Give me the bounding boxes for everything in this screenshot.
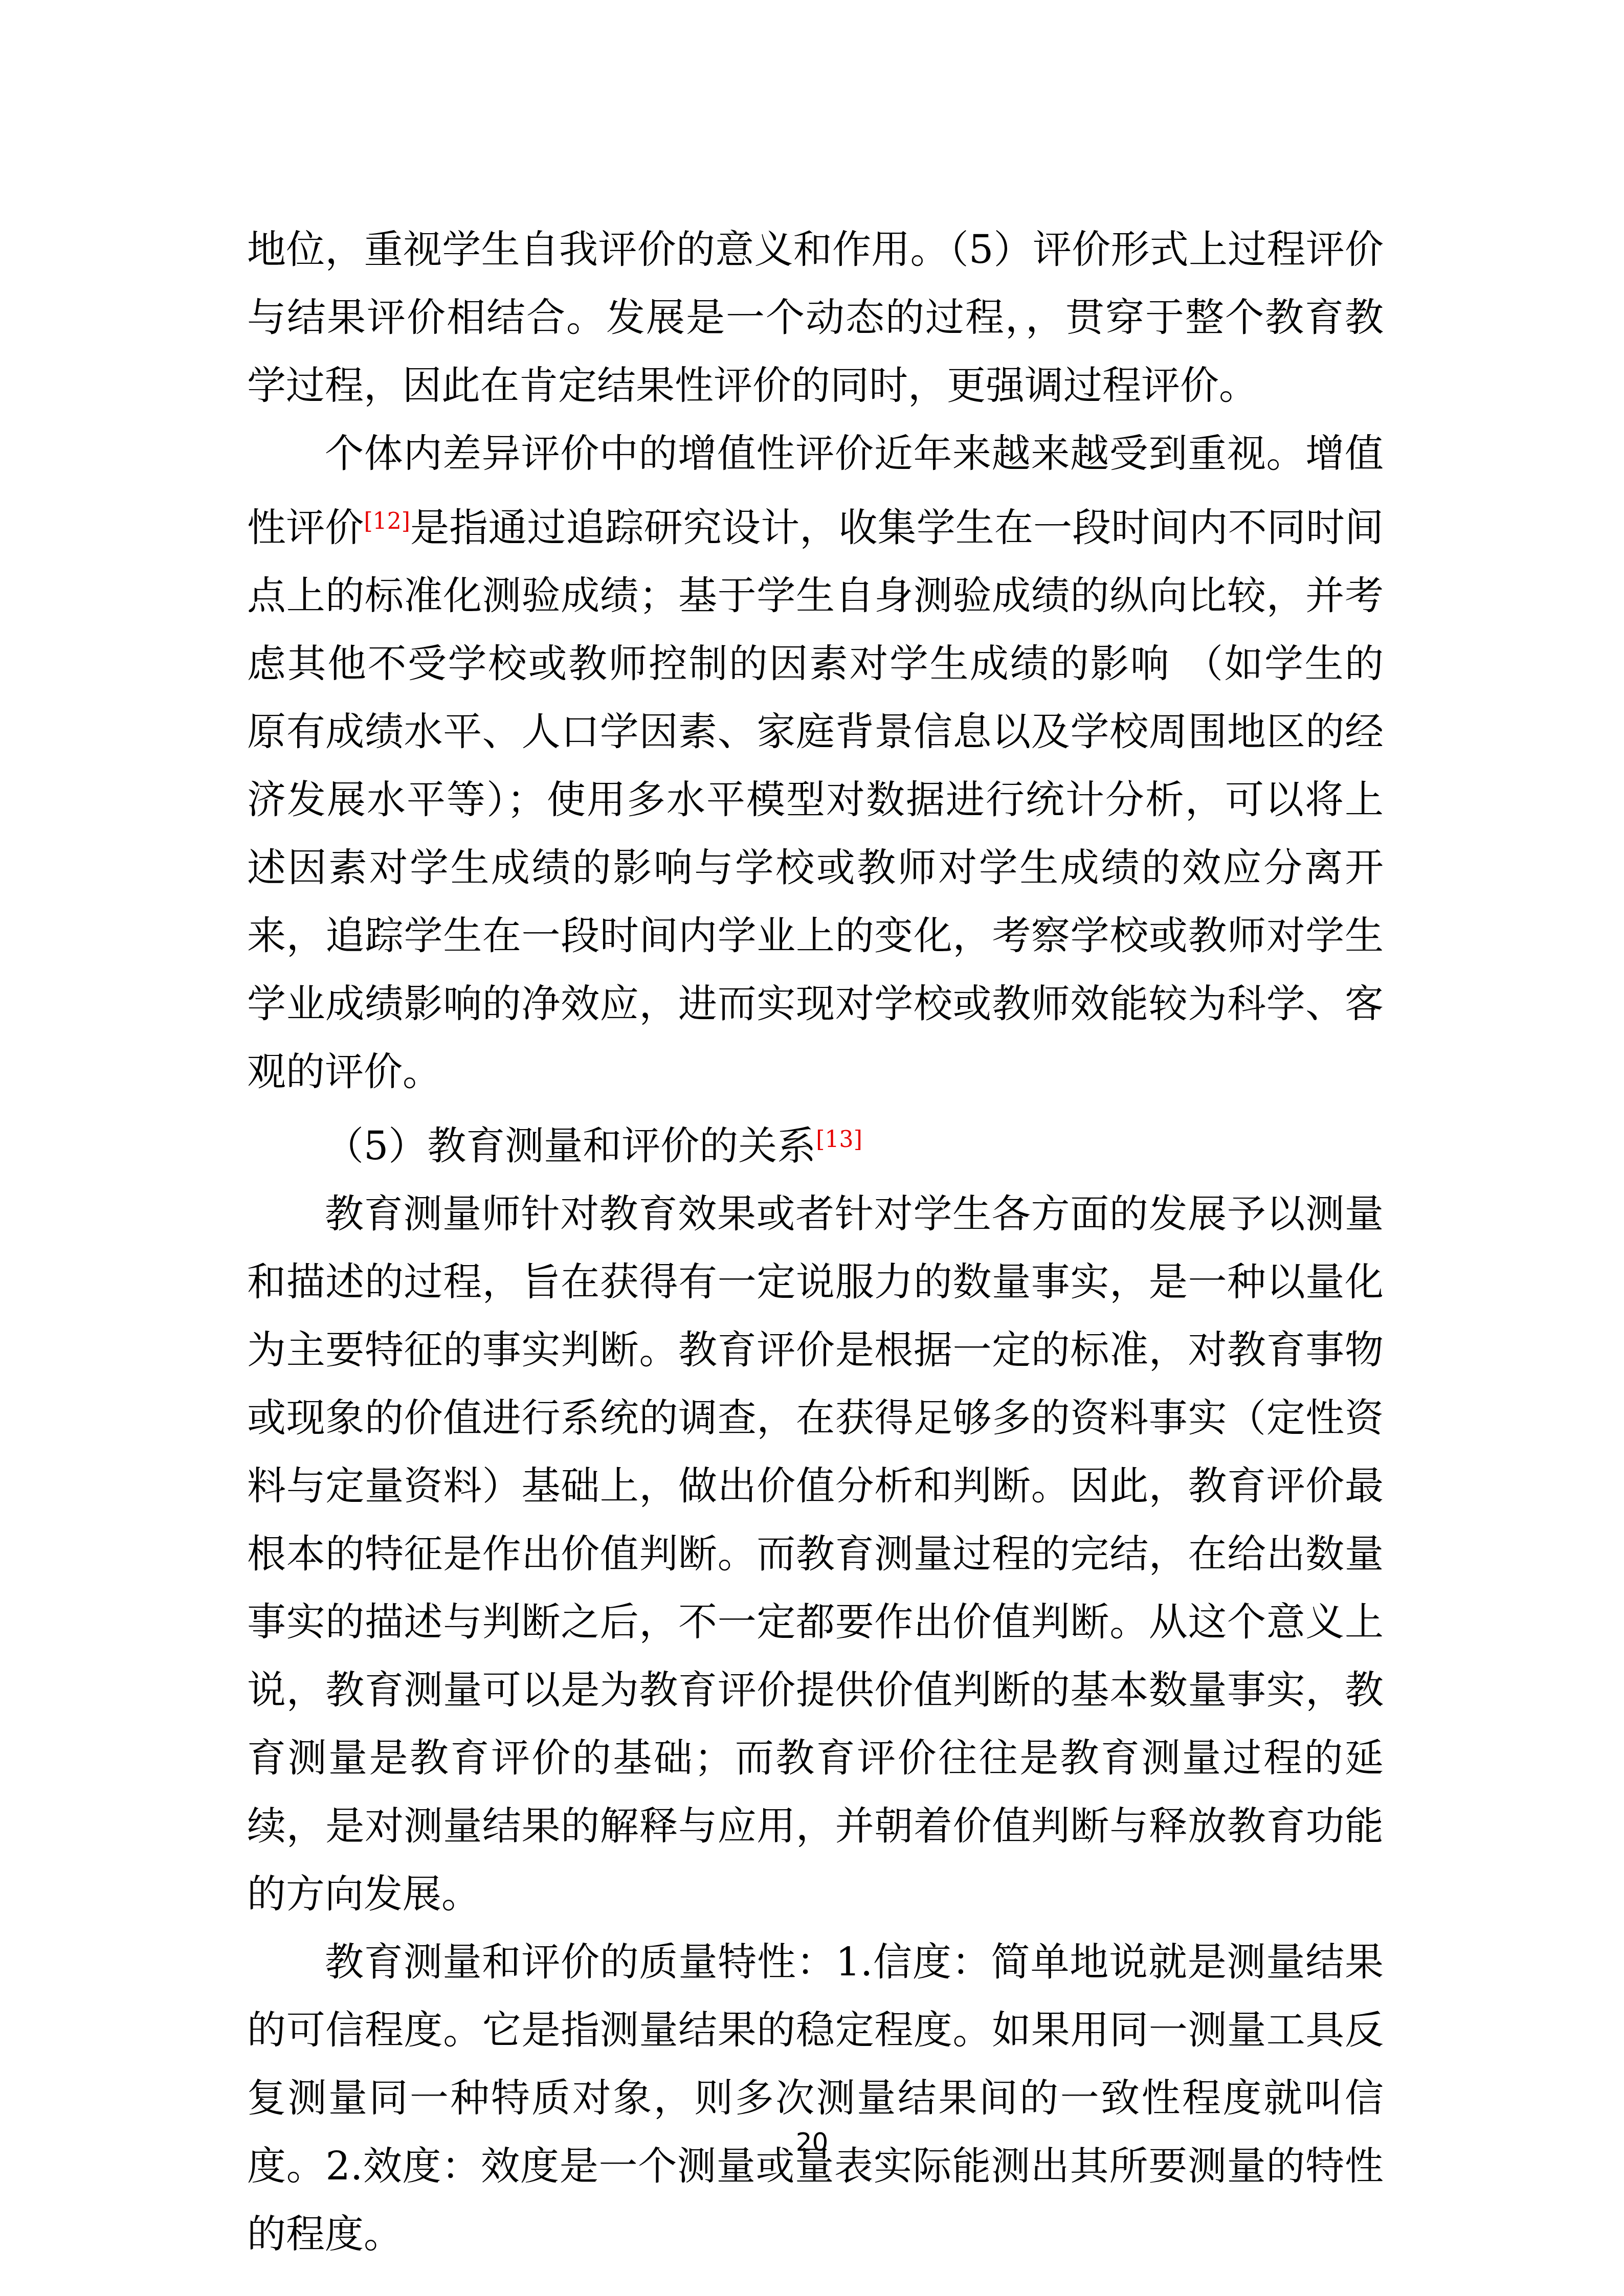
- paragraph-continuation: 地位，重视学生自我评价的意义和作用。（5）评价形式上过程评价与结果评价相结合。发…: [247, 215, 1384, 419]
- footnote-ref-13: [13]: [816, 1127, 862, 1153]
- paragraph-text: 是指通过追踪研究设计，收集学生在一段时间内不同时间点上的标准化测验成绩；基于学生…: [247, 505, 1384, 1094]
- paragraph-heading-measurement-evaluation-relation: （5）教育测量和评价的关系[13]: [247, 1106, 1384, 1180]
- page-number: 20: [796, 2127, 829, 2157]
- paragraph-value-added-evaluation: 个体内差异评价中的增值性评价近年来越来越受到重视。增值性评价[12]是指通过追踪…: [247, 419, 1384, 1106]
- paragraph-measurement-description: 教育测量师针对教育效果或者针对学生各方面的发展予以测量和描述的过程，旨在获得有一…: [247, 1180, 1384, 1928]
- document-page: 地位，重视学生自我评价的意义和作用。（5）评价形式上过程评价与结果评价相结合。发…: [0, 0, 1624, 2296]
- text-block: 地位，重视学生自我评价的意义和作用。（5）评价形式上过程评价与结果评价相结合。发…: [247, 215, 1384, 2268]
- heading-text: （5）教育测量和评价的关系: [325, 1123, 816, 1168]
- paragraph-quality-characteristics: 教育测量和评价的质量特性：1.信度：简单地说就是测量结果的可信程度。它是指测量结…: [247, 1928, 1384, 2268]
- footnote-ref-12: [12]: [364, 508, 410, 534]
- page-footer: 20: [0, 2126, 1624, 2158]
